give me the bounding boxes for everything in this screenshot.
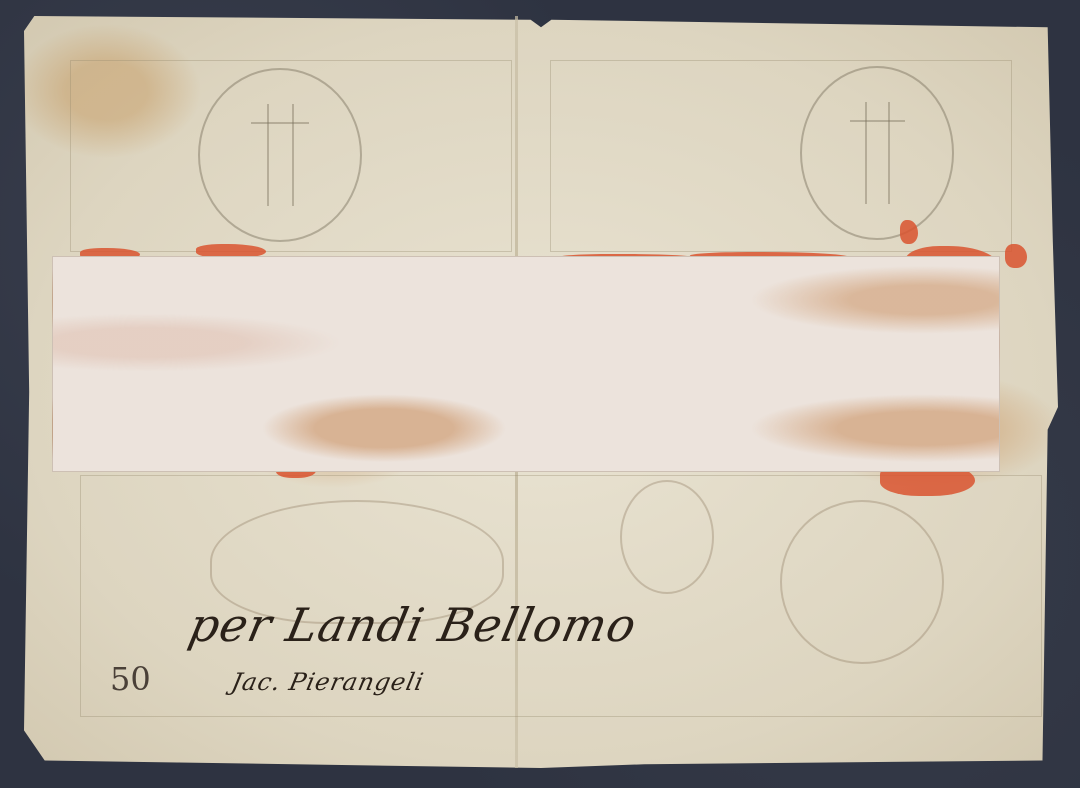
embossed-figure	[620, 480, 714, 594]
right-oval-seal	[800, 66, 954, 240]
embossed-seal	[780, 500, 944, 664]
wax-trace	[1005, 244, 1027, 268]
handwritten-line-2: Jac. Pierangeli	[229, 668, 427, 696]
left-oval-seal	[198, 68, 362, 242]
wax-trace	[900, 220, 918, 244]
handwritten-line-1: per Landi Bellomo	[184, 598, 642, 652]
marginal-number: 50	[110, 660, 151, 698]
paper-repair-strip	[52, 256, 1000, 472]
